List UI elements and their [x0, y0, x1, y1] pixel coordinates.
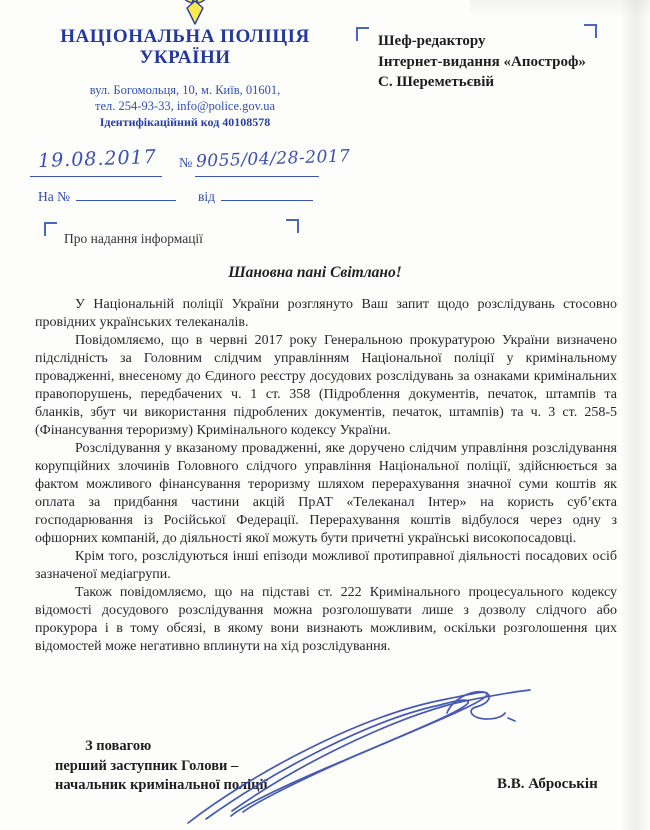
number-underline: [195, 176, 319, 177]
closing-block: З повагою перший заступник Голови – нача…: [55, 737, 268, 796]
reply-number-blank: [76, 187, 176, 201]
handwritten-outgoing-number: 9055/04/28-2017: [196, 146, 351, 171]
trident-emblem-icon: [172, 0, 218, 27]
body-paragraph: Повідомляємо, що в червні 2017 року Гене…: [35, 332, 617, 440]
closing-line3: начальник кримінальної поліції: [55, 776, 268, 796]
reply-date-blank: [221, 187, 313, 201]
subject-corner-mark-right: [286, 219, 299, 233]
body-paragraph: У Національній поліції України розглянут…: [35, 296, 617, 332]
scan-artifact-right-edge: [620, 0, 650, 830]
handwritten-date: 19.08.2017: [38, 146, 157, 172]
letter-body: У Національній поліції України розглянут…: [35, 296, 617, 656]
recipient-corner-mark-left: [356, 27, 369, 41]
recipient-line3: С. Шереметьєвій: [378, 72, 586, 93]
recipient-corner-mark-right: [584, 24, 597, 38]
signer-name: В.В. Аброськін: [497, 776, 598, 793]
org-name-line1: НАЦІОНАЛЬНА ПОЛІЦІЯ: [35, 26, 335, 47]
org-id-code: Ідентифікаційний код 40108578: [35, 114, 335, 130]
body-paragraph: Також повідомляємо, що на підставі ст. 2…: [35, 584, 617, 656]
reply-number-label: На №: [38, 189, 70, 204]
number-prefix-label: №: [179, 156, 192, 172]
recipient-line2: Інтернет-видання «Апостроф»: [378, 52, 586, 73]
date-underline: [30, 176, 162, 177]
scanned-letter-page: НАЦІОНАЛЬНА ПОЛІЦІЯ УКРАЇНИ вул. Богомол…: [0, 0, 650, 830]
recipient-line1: Шеф-редактору: [378, 31, 586, 52]
body-paragraph: Крім того, розслідуються інші епізоди мо…: [35, 548, 617, 584]
subject-line: Про надання інформації: [64, 231, 203, 247]
body-paragraph: Розслідування у вказаному провадженні, я…: [35, 440, 617, 548]
closing-line2: перший заступник Голови –: [55, 757, 268, 777]
reply-from-label: від: [198, 189, 215, 204]
recipient-block: Шеф-редактору Інтернет-видання «Апостроф…: [378, 31, 586, 93]
org-address: вул. Богомольця, 10, м. Київ, 01601, тел…: [35, 82, 335, 130]
org-name: НАЦІОНАЛЬНА ПОЛІЦІЯ УКРАЇНИ: [35, 26, 335, 68]
closing-line1: З повагою: [55, 737, 268, 757]
reply-reference-row: На №від: [38, 187, 313, 205]
org-address-line1: вул. Богомольця, 10, м. Київ, 01601,: [35, 82, 335, 98]
salutation: Шановна пані Світлано!: [35, 264, 595, 282]
org-name-line2: УКРАЇНИ: [35, 47, 335, 68]
scan-artifact-top-edge: [470, 0, 650, 18]
org-address-line2: тел. 254-93-33, info@police.gov.ua: [35, 98, 335, 114]
subject-corner-mark-left: [44, 222, 57, 236]
